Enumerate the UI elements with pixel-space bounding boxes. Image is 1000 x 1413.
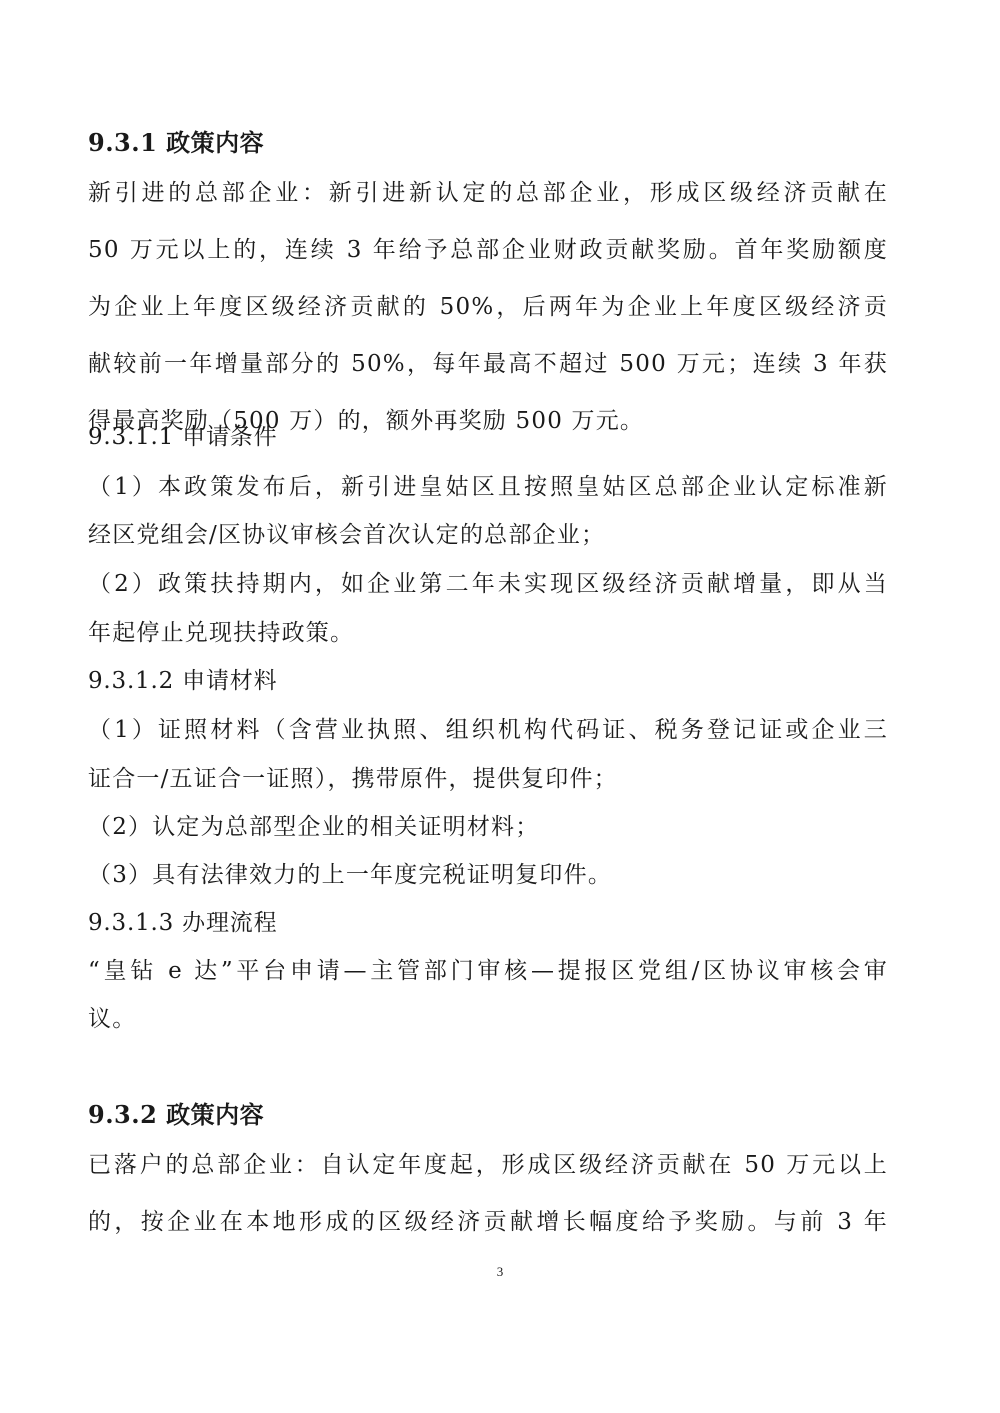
section-heading: 9.3.1 政策内容 (88, 128, 888, 158)
paragraph-line: 已落户的总部企业：自认定年度起，形成区级经济贡献在 50 万元以上 (88, 1150, 888, 1180)
subsection-heading: 9.3.1.1 申请条件 (88, 422, 888, 452)
list-item-line: 经区党组会/区协议审核会首次认定的总部企业； (88, 520, 888, 550)
list-item-line: （1）本政策发布后，新引进皇姑区且按照皇姑区总部企业认定标准新 (88, 472, 888, 502)
list-item-line: （2）认定为总部型企业的相关证明材料； (88, 812, 888, 842)
paragraph-line: 50 万元以上的，连续 3 年给予总部企业财政贡献奖励。首年奖励额度 (88, 235, 888, 265)
list-item-line: 证合一/五证合一证照），携带原件，提供复印件； (88, 764, 888, 794)
process-line: 议。 (88, 1004, 888, 1034)
subsection-heading: 9.3.1.2 申请材料 (88, 666, 888, 696)
paragraph-line: 的，按企业在本地形成的区级经济贡献增长幅度给予奖励。与前 3 年 (88, 1207, 888, 1237)
paragraph-line: 为企业上年度区级经济贡献的 50%，后两年为企业上年度区级经济贡 (88, 292, 888, 322)
subsection-heading: 9.3.1.3 办理流程 (88, 908, 888, 938)
list-item-line: （1）证照材料（含营业执照、组织机构代码证、税务登记证或企业三 (88, 715, 888, 745)
paragraph-line: 新引进的总部企业：新引进新认定的总部企业，形成区级经济贡献在 (88, 178, 888, 208)
list-item-line: （3）具有法律效力的上一年度完税证明复印件。 (88, 860, 888, 890)
paragraph-line: 献较前一年增量部分的 50%，每年最高不超过 500 万元；连续 3 年获 (88, 349, 888, 379)
list-item-line: 年起停止兑现扶持政策。 (88, 618, 888, 648)
list-item-line: （2）政策扶持期内，如企业第二年未实现区级经济贡献增量，即从当 (88, 569, 888, 599)
document-page: 9.3.1 政策内容 新引进的总部企业：新引进新认定的总部企业，形成区级经济贡献… (0, 0, 1000, 1413)
process-line: “皇钻 e 达”平台申请—主管部门审核—提报区党组/区协议审核会审 (88, 956, 888, 986)
section-heading: 9.3.2 政策内容 (88, 1100, 888, 1130)
page-number: 3 (0, 1264, 1000, 1280)
